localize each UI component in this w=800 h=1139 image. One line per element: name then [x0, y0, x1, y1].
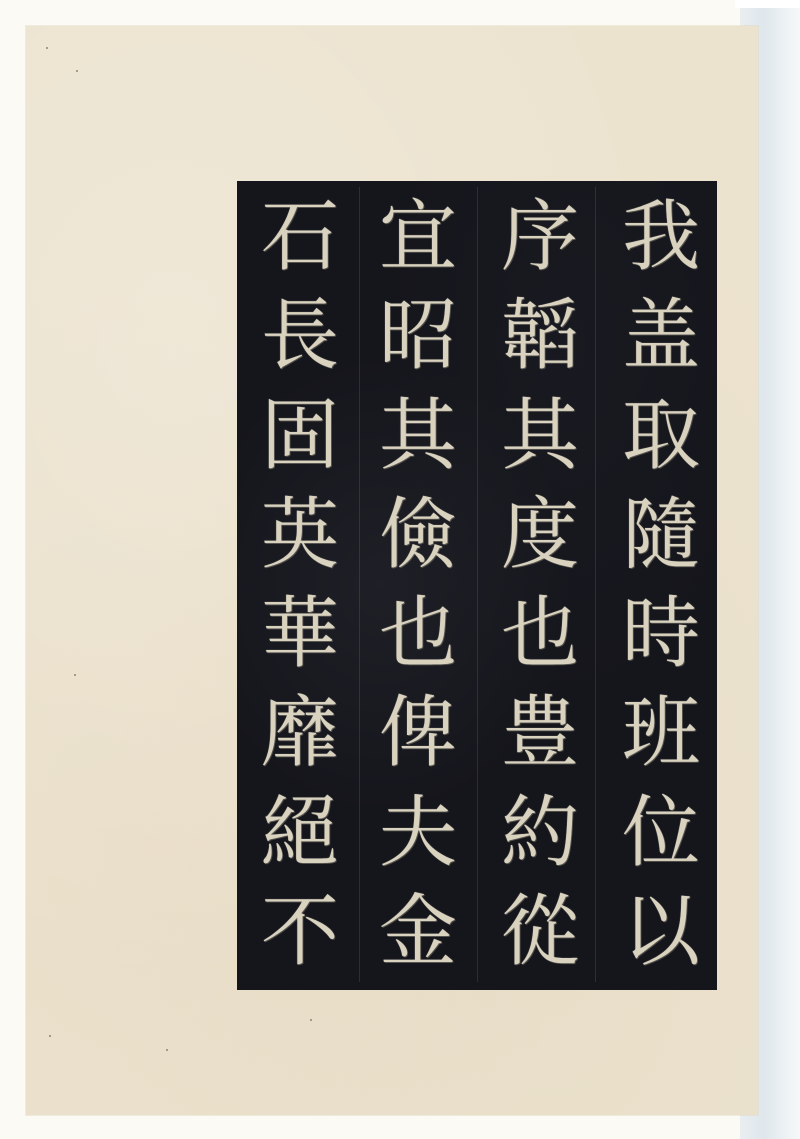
paper-speck	[46, 47, 48, 49]
character: 不	[252, 884, 348, 980]
stele-rubbing: 我 盖 取 隨 時 班 位 以 序 韜 其 度 也 豊 約 從 宜 昭 其 儉 …	[237, 181, 717, 990]
character: 華	[252, 586, 348, 682]
character: 俾	[370, 685, 466, 781]
character: 時	[613, 586, 709, 682]
character: 宜	[370, 189, 466, 285]
paper-speck	[49, 1035, 51, 1037]
character: 我	[613, 189, 709, 285]
page-edge-highlight	[735, 0, 800, 8]
character: 儉	[370, 487, 466, 583]
paper-speck	[166, 1049, 168, 1051]
text-column-2: 序 韜 其 度 也 豊 約 從	[477, 187, 595, 982]
character: 班	[613, 685, 709, 781]
character: 夫	[370, 785, 466, 881]
character: 其	[370, 388, 466, 484]
character: 長	[252, 288, 348, 384]
paper-speck	[74, 674, 76, 676]
character: 石	[252, 189, 348, 285]
character: 序	[492, 189, 588, 285]
character: 從	[492, 884, 588, 980]
character: 絕	[252, 785, 348, 881]
paper-speck	[310, 1019, 312, 1021]
character: 度	[492, 487, 588, 583]
character: 也	[370, 586, 466, 682]
character: 取	[613, 388, 709, 484]
text-column-1: 我 盖 取 隨 時 班 位 以	[595, 187, 713, 982]
character: 金	[370, 884, 466, 980]
text-column-4: 石 長 固 英 華 靡 絕 不	[241, 187, 359, 982]
character: 固	[252, 388, 348, 484]
character: 英	[252, 487, 348, 583]
character: 昭	[370, 288, 466, 384]
character: 隨	[613, 487, 709, 583]
character: 其	[492, 388, 588, 484]
character: 也	[492, 586, 588, 682]
character: 豊	[492, 685, 588, 781]
character: 盖	[613, 288, 709, 384]
character: 以	[613, 884, 709, 980]
paper-speck	[76, 70, 78, 72]
character: 約	[492, 785, 588, 881]
text-column-3: 宜 昭 其 儉 也 俾 夫 金	[359, 187, 477, 982]
character: 位	[613, 785, 709, 881]
character: 韜	[492, 288, 588, 384]
character: 靡	[252, 685, 348, 781]
